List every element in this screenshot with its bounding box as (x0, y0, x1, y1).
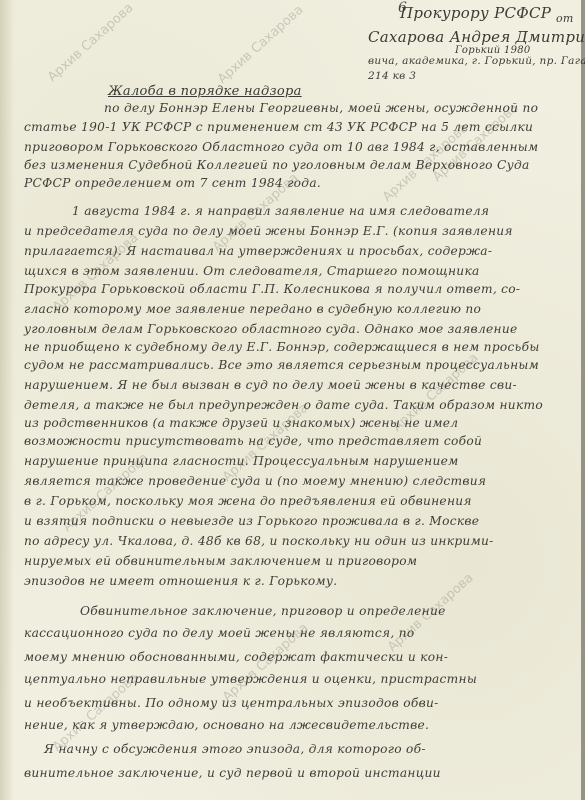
body-line: и необъективны. По одному из центральных… (24, 696, 439, 710)
body-line: уголовным делам Горьковского областного … (24, 322, 518, 336)
body-line: из родственников (а также друзей и знако… (24, 416, 458, 430)
body-line: эпизодов не имеет отношения к г. Горьком… (24, 574, 337, 588)
body-line: нируемых ей обвинительным заключением и … (24, 554, 417, 568)
body-line: является также проведение суда и (по мое… (24, 474, 486, 488)
watermark: Архив Сахарова (45, 0, 137, 85)
body-line: Обвинительное заключение, приговор и опр… (80, 604, 446, 618)
body-line: моему мнению обоснованными, содержат фак… (24, 650, 448, 664)
body-line: Я начну с обсуждения этого эпизода, для … (44, 742, 426, 756)
addressee-from-mark: от (556, 12, 574, 25)
document-title: Жалоба в порядке надзора (108, 84, 302, 99)
body-line: в г. Горьком, поскольку моя жена до пред… (24, 494, 472, 508)
body-line: нарушением. Я не был вызван в суд по дел… (24, 378, 517, 392)
body-line: и председателя суда по делу моей жены Бо… (24, 224, 513, 238)
scan-edge-right (581, 0, 585, 800)
watermark: Архив Сахарова (215, 2, 307, 87)
body-line: статье 190-1 УК РСФСР с применением ст 4… (24, 120, 533, 134)
body-line: и взятия подписки о невыезде из Горького… (24, 514, 479, 528)
body-line: нение, как я утверждаю, основано на лжес… (24, 718, 429, 732)
addressee-line: Прокурору РСФСР (400, 4, 551, 22)
body-line: гласно которому мое заявление передано в… (24, 302, 481, 316)
body-line: винительное заключение, и суд первой и в… (24, 766, 441, 780)
body-line: РСФСР определением от 7 сент 1984 года. (24, 176, 321, 190)
body-line: возможности присутствовать на суде, что … (24, 434, 482, 448)
scanned-document-page: Архив Сахарова Архив Сахарова Архив Саха… (0, 0, 585, 800)
body-line: без изменения Судебной Коллегией по угол… (24, 158, 530, 172)
body-line: по адресу ул. Чкалова, д. 48б кв 68, и п… (24, 534, 494, 548)
sender-name: Сахарова Андрея Дмитрие- (368, 28, 585, 46)
body-line: нарушение принципа гласности. Процессуал… (24, 454, 459, 468)
body-line: Прокурора Горьковской области Г.П. Колес… (24, 282, 520, 296)
body-line: по делу Боннэр Елены Георгиевны, моей же… (104, 101, 538, 115)
sender-apartment: 214 кв 3 (368, 70, 416, 82)
sender-address: вича, академика, г. Горький, пр. Гагарин… (368, 55, 585, 67)
body-line: 1 августа 1984 г. я направил заявление н… (72, 204, 489, 218)
scan-edge-left (0, 0, 14, 800)
body-line: детеля, а также не был предупрежден о да… (24, 398, 543, 412)
body-line: судом не рассматривались. Все это являет… (24, 358, 539, 372)
body-line: приговором Горьковского Областного суда … (24, 140, 538, 154)
body-line: не приобщено к судебному делу Е.Г. Боннэ… (24, 340, 540, 354)
body-line: цептуально неправильные утверждения и оц… (24, 672, 477, 686)
body-line: прилагается). Я настаивал на утверждения… (24, 244, 492, 258)
body-line: щихся в этом заявлении. От следователя, … (24, 264, 480, 278)
body-line: кассационного суда по делу моей жены не … (24, 626, 414, 640)
